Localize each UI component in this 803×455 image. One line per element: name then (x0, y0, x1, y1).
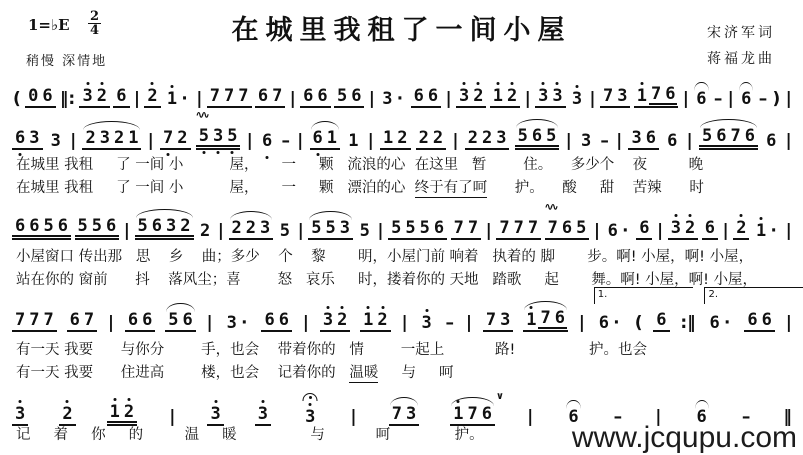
note: 3 (225, 315, 239, 332)
note: 6 (13, 218, 27, 235)
note-group: 73 (600, 88, 631, 108)
barline: ( (634, 315, 644, 332)
barline: | (400, 315, 408, 332)
note-group: 3 (578, 133, 594, 150)
note-group: 3 (12, 406, 28, 426)
note: 3 (164, 218, 178, 235)
barline: | (444, 91, 452, 108)
note: 5 (389, 220, 403, 237)
note: 7 (466, 220, 480, 237)
note: 5 (358, 223, 372, 240)
barline: | (785, 133, 793, 150)
note-group: 32 (79, 88, 110, 108)
note: 3 (629, 130, 643, 147)
note: 3 (550, 88, 564, 105)
note: 6 (40, 88, 54, 105)
note: 2 (466, 130, 480, 147)
note-group: 12 (107, 404, 138, 426)
barline: | (206, 315, 214, 332)
barline: – (280, 133, 291, 150)
note: 3 (615, 88, 629, 105)
note-group: 176 (634, 86, 679, 108)
note: 6 (665, 133, 679, 150)
note-group: 33 (535, 88, 566, 108)
augmentation-dot: · (620, 222, 632, 240)
barline: | (297, 223, 305, 240)
augmentation-dot: · (768, 222, 780, 240)
note: 2 (683, 220, 697, 237)
note: 7 (42, 312, 56, 329)
barline: | (168, 409, 176, 426)
note: 5 (574, 220, 588, 237)
barline: | (296, 133, 304, 150)
barline: – (758, 91, 769, 108)
lyric-segment: 在城里 我租 了 一间 小 屋， 一 颗 漂泊的心 (16, 180, 415, 196)
barline: ‖: (59, 91, 76, 108)
note: 1 (754, 223, 768, 240)
note: 2 (244, 220, 258, 237)
note: 3 (419, 315, 433, 332)
slur-note-group: 6 (693, 91, 709, 108)
note-group: 1· (753, 222, 781, 240)
note-group: 3· (379, 90, 407, 108)
note: 5 (225, 128, 239, 145)
barline: | (349, 409, 357, 426)
note-group: 1· (164, 90, 192, 108)
note: 3 (49, 133, 63, 150)
note-group: 32 (456, 88, 487, 108)
note-group: 3· (224, 314, 252, 332)
note: 3 (494, 130, 508, 147)
note: 5 (700, 128, 714, 145)
note: 1 (126, 130, 140, 147)
note: 1 (381, 130, 395, 147)
note-group: 12 (360, 312, 391, 332)
note: 3 (380, 91, 394, 108)
note-group: 6 (259, 133, 275, 150)
note-group: 32 (668, 220, 699, 240)
note: 1 (165, 91, 179, 108)
note: 6 (256, 88, 270, 105)
note: 5 (309, 220, 323, 237)
note: 2 (95, 88, 109, 105)
note: 3 (27, 130, 41, 147)
note: 7 (270, 88, 284, 105)
note-group: 36 (628, 130, 659, 150)
note-group: 765 (545, 220, 590, 240)
barline: | (785, 91, 793, 108)
barline: | (565, 133, 573, 150)
note: 2 (431, 130, 445, 147)
lyric-row: 小屋窗口 传出那 思 乡 曲；多少 个 黎 明，小屋门前 响着 执着的 脚 步。… (16, 248, 799, 266)
note: 2 (178, 218, 192, 235)
note: 6 (707, 315, 721, 332)
note: 3 (457, 88, 471, 105)
note: 7 (161, 130, 175, 147)
slur-note-group: 2321 (82, 130, 141, 150)
notation-line: 633|2321|72535|6–|611|1222|223565|3–|366… (12, 124, 793, 150)
note: 6 (760, 312, 774, 329)
barline: ( (12, 91, 22, 108)
lyric-row: 站在你的 窗前 抖 落风尘；喜 怒 哀乐 时，搂着你的 天地 踏歌 起 舞。啊!… (16, 271, 799, 289)
note-group: 6 (653, 312, 669, 332)
note-group: 6· (605, 222, 633, 240)
note: 7 (526, 220, 540, 237)
note: 3 (404, 406, 418, 423)
lyric-segment: 终于有了呵 (415, 180, 488, 198)
note-group: 2 (59, 406, 75, 426)
note-group: 12 (380, 130, 411, 150)
note: 6 (412, 88, 426, 105)
note-group: 6·1. (596, 314, 624, 332)
note: 6 (56, 218, 70, 235)
note-group: 1 (345, 133, 361, 150)
note-group: 2 (733, 220, 749, 240)
barline: | (195, 91, 203, 108)
note: 7 (222, 88, 236, 105)
note-group: 777 (12, 312, 57, 332)
note-group: 2 (144, 88, 160, 108)
notation-line: 77767|6656|3·66|3212|3–|73176|6·1.(6:‖6·… (12, 306, 793, 332)
lyric-segment: 有一天 我要 与你分 手，也会 带着你的 情 一起上 路! 护。也会 (16, 342, 647, 358)
note-group: 5 (277, 223, 293, 240)
note: 6 (277, 312, 291, 329)
note: 7 (649, 86, 663, 105)
note: 2 (480, 130, 494, 147)
note: 6 (560, 220, 574, 237)
note: 6 (114, 88, 128, 105)
note: 2 (230, 220, 244, 237)
note-group: 5556 (388, 220, 447, 240)
note: 7 (546, 220, 560, 237)
note-group: 3 (207, 406, 223, 426)
note: 2 (395, 130, 409, 147)
lyricist-credit: 宋济军词 (707, 22, 775, 42)
note: 1 (451, 406, 465, 423)
note-group: 6 (664, 133, 680, 150)
note: 1 (361, 312, 375, 329)
note: 2 (335, 312, 349, 329)
note-group: 6·2. (706, 314, 734, 332)
note: 3 (570, 91, 584, 108)
note: 6 (126, 312, 140, 329)
note: 5 (197, 128, 211, 145)
note: 6 (432, 220, 446, 237)
augmentation-dot: · (395, 90, 407, 108)
note-group: 12 (490, 88, 521, 108)
barline: | (615, 133, 623, 150)
note: 7 (13, 312, 27, 329)
barline: | (217, 223, 225, 240)
note: 6 (262, 312, 276, 329)
note: 5 (90, 218, 104, 235)
lyric-segment: 在城里 我租 了 一间 小 屋， 一 颗 流浪的心 在这里 暂 住。 多少个 夜… (16, 157, 703, 173)
augmentation-dot: · (179, 90, 191, 108)
lyric-row: 在城里 我租 了 一间 小 屋， 一 颗 漂泊的心 终于有了呵 护。 酸 甜 苦… (16, 179, 799, 197)
barline: | (302, 315, 310, 332)
note-group: 56 (334, 88, 365, 108)
note: 7 (484, 312, 498, 329)
note: 2 (471, 88, 485, 105)
barline: | (593, 223, 601, 240)
barline: | (147, 133, 155, 150)
note-group: 66 (411, 88, 442, 108)
note: 2 (60, 406, 74, 423)
note: 6 (349, 88, 363, 105)
note: 6 (150, 218, 164, 235)
composer-credit: 蒋福龙曲 (707, 48, 775, 68)
note-group: 2 (197, 223, 213, 240)
note: 6 (68, 312, 82, 329)
breath-mark-icon: ∨ (496, 392, 504, 402)
slur-note-group: 61 (310, 130, 341, 150)
note: 1 (491, 88, 505, 105)
barline: | (785, 315, 793, 332)
note: 5 (335, 88, 349, 105)
note: 2 (175, 130, 189, 147)
note: 6 (13, 130, 27, 147)
note: 3 (338, 220, 352, 237)
note-group: 67 (67, 312, 98, 332)
note: 2 (122, 404, 136, 421)
note: 6 (311, 130, 325, 147)
note-group: 06 (25, 88, 56, 108)
song-title: 在城里我租了一间小屋 (0, 8, 803, 47)
note: 6 (104, 218, 118, 235)
lyric-segment: 温暖 (349, 365, 378, 383)
note: 7 (466, 406, 480, 423)
note: 3 (321, 312, 335, 329)
note: 7 (538, 310, 552, 329)
slur-note-group: 73 (389, 406, 420, 426)
note: 6 (663, 86, 677, 105)
slur-note-group: 176 (523, 310, 568, 332)
barline: :‖ (679, 315, 696, 332)
note: 1 (635, 88, 649, 105)
note: 5 (76, 218, 90, 235)
lyric-row: 有一天 我要 住进高 楼，也会 记着你的 温暖 与 呵 (16, 364, 799, 382)
slur-note-group: 565 (515, 128, 560, 150)
augmentation-dot: · (722, 314, 734, 332)
barline: | (367, 133, 375, 150)
note: 1 (524, 312, 538, 329)
barline: | (246, 133, 254, 150)
note: 5 (42, 218, 56, 235)
note-group: 73 (483, 312, 514, 332)
note: 5 (544, 128, 558, 145)
note-group: 5 (357, 223, 373, 240)
barline: | (465, 315, 473, 332)
note: 6 (743, 128, 757, 145)
barline: – (713, 91, 724, 108)
note: 3 (211, 128, 225, 145)
barline: | (682, 91, 690, 108)
note: 7 (452, 220, 466, 237)
note: 5 (516, 128, 530, 145)
note-group: 223 (465, 130, 510, 150)
note-group: 777 (496, 220, 541, 240)
barline: | (451, 133, 459, 150)
note: 3 (13, 406, 27, 423)
barline: | (588, 91, 596, 108)
slur-note-group: 176∨ (450, 406, 495, 426)
note-group: 3 (569, 91, 585, 108)
tempo-marking: 稍慢 深情地 (26, 50, 107, 69)
note: 6 (654, 312, 668, 329)
note: 3 (256, 406, 270, 423)
notation-line: 6656556|56322|2235|5535|555677|777765|6·… (12, 214, 793, 240)
note: 5 (418, 220, 432, 237)
lyric-segment: 与 呵 (378, 365, 453, 381)
note: 1 (108, 404, 122, 421)
note-group: 6 (763, 133, 779, 150)
note-group: 3 (48, 133, 64, 150)
note: 6 (644, 130, 658, 147)
slur-note-group: 6 (738, 91, 754, 108)
note-group: 6 (636, 220, 652, 240)
lyric-row: 有一天 我要 与你分 手，也会 带着你的 情 一起上 路! 护。也会 (16, 341, 799, 359)
barline: | (727, 91, 735, 108)
note: 6 (764, 133, 778, 150)
barline: | (785, 223, 793, 240)
note: 7 (390, 406, 404, 423)
notation-line: (06‖:326|21·|77767|6656|3·66|3212|333|73… (12, 82, 793, 108)
note: 3 (303, 409, 317, 426)
note: 6 (480, 406, 494, 423)
note-group: 535 (196, 128, 241, 150)
slur-note-group: 56 (165, 312, 196, 332)
lyric-segment: 护。 酸 甜 苦辣 时 (487, 180, 704, 196)
lyric-segment: 有一天 我要 住进高 楼，也会 记着你的 (16, 365, 349, 381)
augmentation-dot: · (611, 314, 623, 332)
note: 7 (27, 312, 41, 329)
barline: | (656, 223, 664, 240)
note-group: 72 (160, 130, 191, 150)
note-group: 66 (261, 312, 292, 332)
note: 6 (301, 88, 315, 105)
note: 5 (403, 220, 417, 237)
note: 3 (579, 133, 593, 150)
note: 2 (112, 130, 126, 147)
slur-note-group: 223 (229, 220, 274, 240)
note: 7 (236, 88, 250, 105)
barline: | (123, 223, 131, 240)
slur-note-group: 553 (308, 220, 353, 240)
note-group: 66 (300, 88, 331, 108)
note-group: 67 (255, 88, 286, 108)
note: 6 (703, 220, 717, 237)
barline: | (289, 91, 297, 108)
note: 2 (505, 88, 519, 105)
barline: – (445, 315, 456, 332)
note: 6 (637, 220, 651, 237)
note: 6 (140, 312, 154, 329)
note-group: 66 (744, 312, 775, 332)
note: 3 (536, 88, 550, 105)
note-group: 63 (12, 130, 43, 150)
note: 7 (728, 128, 742, 145)
note: 3 (498, 312, 512, 329)
fermata-icon (303, 393, 318, 401)
note: 2 (145, 88, 159, 105)
barline: | (485, 223, 493, 240)
lyric-segment: 站在你的 窗前 抖 落风尘；喜 怒 哀乐 时，搂着你的 天地 踏歌 起 舞。啊!… (16, 272, 757, 288)
note: 7 (601, 88, 615, 105)
note-group: 22 (416, 130, 447, 150)
barline: | (578, 315, 586, 332)
volta-bracket: 1. (594, 287, 693, 304)
note: 3 (208, 406, 222, 423)
barline: | (686, 133, 694, 150)
barline: ) (772, 91, 782, 108)
barline: – (599, 133, 610, 150)
note-group: 556 (75, 218, 120, 240)
volta-bracket: 2. (704, 287, 803, 304)
note-group: 3 (418, 315, 434, 332)
note-group: 777 (207, 88, 252, 108)
note-group: 77 (451, 220, 482, 240)
note: 2 (417, 130, 431, 147)
note-group: 6 (702, 220, 718, 240)
note-group: 66 (125, 312, 156, 332)
note-group: 3 (302, 409, 318, 426)
barline: | (376, 223, 384, 240)
barline: | (526, 409, 534, 426)
slur-note-group: 5676 (699, 128, 758, 150)
note-group: 6 (113, 88, 129, 108)
note: 6 (745, 312, 759, 329)
note: 6 (606, 223, 620, 240)
note: 3 (669, 220, 683, 237)
note: 6 (597, 315, 611, 332)
note: 6 (530, 128, 544, 145)
augmentation-dot: · (239, 314, 251, 332)
note: 6 (27, 218, 41, 235)
note: 5 (324, 220, 338, 237)
note: 7 (82, 312, 96, 329)
lyric-row: 在城里 我租 了 一间 小 屋， 一 颗 流浪的心 在这里 暂 住。 多少个 夜… (16, 156, 799, 174)
note: 2 (734, 220, 748, 237)
note: 6 (694, 91, 708, 108)
note: 3 (258, 220, 272, 237)
note: 6 (553, 310, 567, 329)
note: 3 (98, 130, 112, 147)
barline: | (721, 223, 729, 240)
barline: | (524, 91, 532, 108)
note: 3 (80, 88, 94, 105)
barline: | (368, 91, 376, 108)
note: 2 (375, 312, 389, 329)
note: 7 (512, 220, 526, 237)
note: 2 (198, 223, 212, 240)
watermark: www.jcqupu.com (572, 421, 797, 455)
slur-note-group: 5632 (135, 218, 194, 240)
note-group: 32 (320, 312, 351, 332)
note: 2 (83, 130, 97, 147)
note: 6 (426, 88, 440, 105)
note: 6 (315, 88, 329, 105)
note: 5 (278, 223, 292, 240)
note: 5 (136, 218, 150, 235)
note: 7 (497, 220, 511, 237)
barline: | (107, 315, 115, 332)
note: 1 (325, 130, 339, 147)
note: 7 (208, 88, 222, 105)
note: 1 (346, 133, 360, 150)
note: 5 (166, 312, 180, 329)
note: 6 (180, 312, 194, 329)
barline: | (133, 91, 141, 108)
